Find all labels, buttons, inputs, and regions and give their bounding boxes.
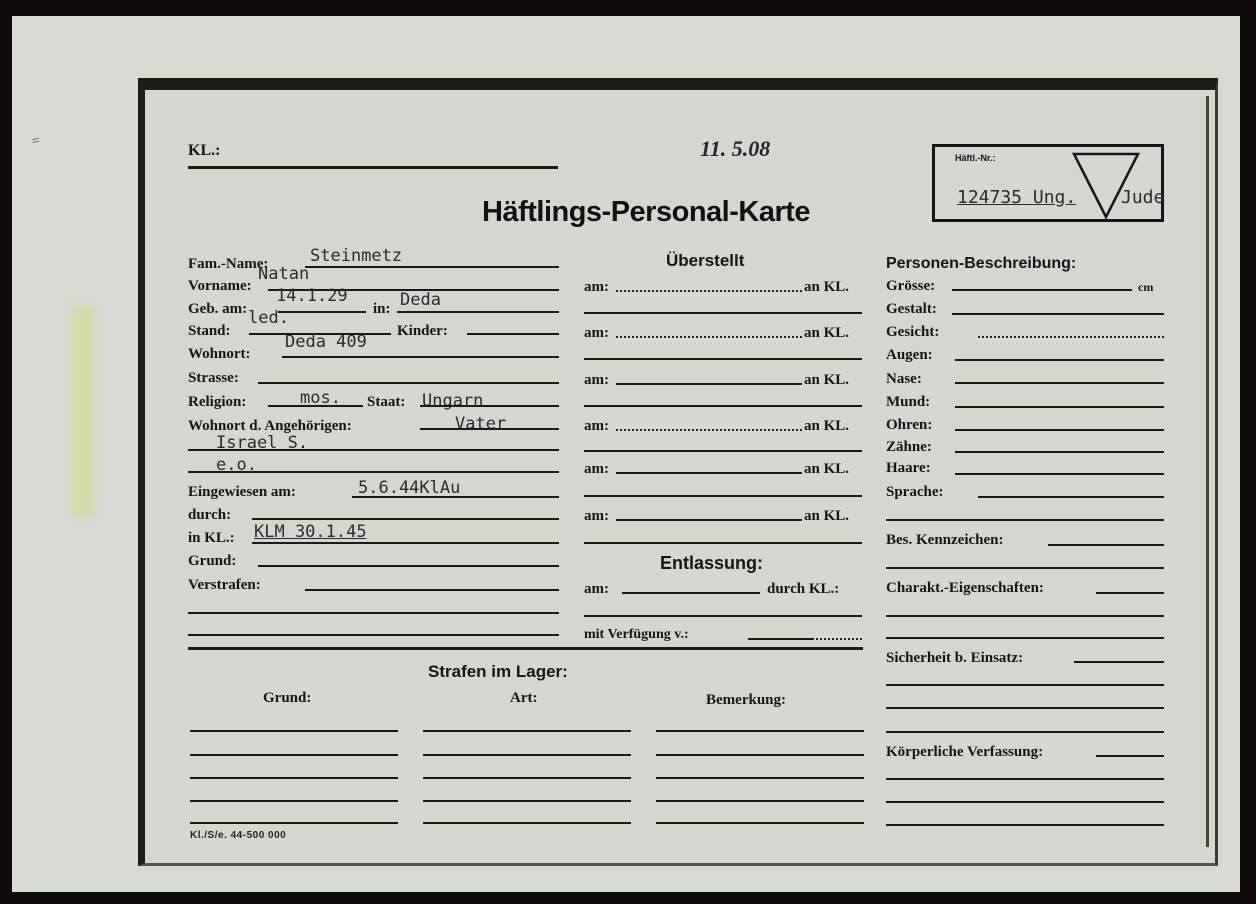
- bemerkung-line: [656, 777, 864, 779]
- field-line: [1074, 661, 1164, 663]
- card-edge: [1206, 96, 1209, 847]
- strafen-bemerkung-header: Bemerkung:: [706, 692, 786, 709]
- art-line: [423, 754, 631, 756]
- am-label: am:: [584, 279, 609, 296]
- eingewiesen-label: Eingewiesen am:: [188, 484, 296, 501]
- field-line: [1048, 544, 1164, 546]
- am-line: [616, 290, 802, 292]
- field-line: [305, 589, 559, 591]
- prisoner-number-box: Häftl.-Nr.: 124735 Ung. Jude: [932, 144, 1164, 222]
- field-line: [886, 519, 1164, 521]
- field-line: [1096, 592, 1164, 594]
- field-line: [420, 428, 559, 430]
- in-kl-value[interactable]: KLM 30.1.45: [254, 522, 367, 542]
- bes-kennzeichen-label: Bes. Kennzeichen:: [886, 532, 1004, 549]
- geb-in-value[interactable]: Deda: [400, 290, 441, 310]
- stand-label: Stand:: [188, 323, 231, 340]
- field-line: [397, 311, 559, 313]
- koerperlich-label: Körperliche Verfassung:: [886, 744, 1043, 761]
- field-line: [952, 313, 1164, 315]
- inverted-triangle-icon: [1071, 151, 1141, 219]
- field-line: [258, 565, 559, 567]
- field-line: [886, 801, 1164, 803]
- field-line: [886, 707, 1164, 709]
- am-label: am:: [584, 418, 609, 435]
- eingewiesen-value[interactable]: 5.6.44KlAu: [358, 478, 460, 498]
- field-line: [584, 312, 862, 314]
- field-line: [952, 289, 1132, 291]
- field-line: [268, 405, 363, 407]
- date-stamp: 11. 5.08: [700, 136, 770, 162]
- field-line: [188, 449, 559, 451]
- grund-label: Grund:: [188, 553, 236, 570]
- field-line: [886, 778, 1164, 780]
- field-line: [886, 684, 1164, 686]
- field-line: [258, 382, 559, 384]
- grund-line: [190, 730, 398, 732]
- staat-value[interactable]: Ungarn: [422, 391, 483, 411]
- art-line: [423, 800, 631, 802]
- prisoner-number: 124735 Ung.: [957, 187, 1076, 208]
- an-kl-label: an KL.: [804, 325, 849, 342]
- am-label: am:: [584, 325, 609, 342]
- sicherheit-label: Sicherheit b. Einsatz:: [886, 650, 1023, 667]
- beschreibung-heading: Personen-Beschreibung:: [886, 255, 1076, 273]
- section-divider: [188, 647, 863, 650]
- field-line: [955, 451, 1164, 453]
- an-kl-label: an KL.: [804, 508, 849, 525]
- card-title: Häftlings-Personal-Karte: [482, 196, 810, 229]
- religion-label: Religion:: [188, 394, 246, 411]
- in-kl-label: in KL.:: [188, 530, 235, 547]
- bemerkung-line: [656, 800, 864, 802]
- art-line: [423, 730, 631, 732]
- field-line: [252, 518, 559, 520]
- strafen-heading: Strafen im Lager:: [428, 662, 568, 682]
- bemerkung-line: [656, 822, 864, 824]
- field-line: [955, 473, 1164, 475]
- field-line: [955, 359, 1164, 361]
- field-line: [812, 638, 862, 640]
- am-label: am:: [584, 372, 609, 389]
- strafen-art-header: Art:: [510, 690, 537, 707]
- field-line: [252, 542, 559, 544]
- groesse-label: Grösse:: [886, 278, 935, 295]
- field-line: [886, 615, 1164, 617]
- field-line: [188, 612, 559, 614]
- am-label: am:: [584, 461, 609, 478]
- highlighter-stain: [72, 306, 94, 516]
- fam-name-label: Fam.-Name:: [188, 256, 268, 273]
- am-line: [616, 472, 802, 474]
- field-line: [282, 356, 559, 358]
- geb-am-value[interactable]: 14.1.29: [276, 286, 348, 306]
- field-line: [584, 358, 862, 360]
- gesicht-label: Gesicht:: [886, 324, 939, 341]
- ohren-label: Ohren:: [886, 417, 932, 434]
- field-line: [305, 266, 559, 268]
- ueberstellt-heading: Überstellt: [666, 251, 744, 271]
- field-line: [955, 382, 1164, 384]
- field-line: [584, 405, 862, 407]
- art-line: [423, 822, 631, 824]
- nationality-value: Ung.: [1033, 187, 1076, 208]
- field-line: [467, 333, 559, 335]
- wohnort-value[interactable]: Deda 409: [285, 332, 367, 352]
- field-line: [886, 637, 1164, 639]
- field-line: [584, 542, 862, 544]
- durch-kl-label: durch KL.:: [767, 581, 839, 598]
- geb-in-label: in:: [373, 301, 391, 318]
- strasse-label: Strasse:: [188, 370, 239, 387]
- field-line: [278, 311, 366, 313]
- am-line: [616, 519, 802, 521]
- field-line: [188, 634, 559, 636]
- field-line: [955, 406, 1164, 408]
- field-line: [748, 638, 812, 640]
- bemerkung-line: [656, 730, 864, 732]
- field-line: [352, 496, 559, 498]
- entlassung-heading: Entlassung:: [660, 553, 763, 574]
- an-kl-label: an KL.: [804, 372, 849, 389]
- cm-unit: cm: [1138, 280, 1153, 295]
- am-line: [616, 429, 802, 431]
- kl-label: KL.:: [188, 142, 220, 160]
- prisoner-number-label: Häftl.-Nr.:: [955, 153, 996, 163]
- grund-line: [190, 822, 398, 824]
- an-kl-label: an KL.: [804, 461, 849, 478]
- haare-label: Haare:: [886, 460, 931, 477]
- verstrafen-label: Verstrafen:: [188, 577, 261, 594]
- am-label: am:: [584, 508, 609, 525]
- field-line: [584, 615, 862, 617]
- vorname-value[interactable]: Natan: [258, 264, 309, 284]
- mund-label: Mund:: [886, 394, 930, 411]
- kinder-label: Kinder:: [397, 323, 448, 340]
- grund-line: [190, 800, 398, 802]
- fam-name-value[interactable]: Steinmetz: [310, 246, 402, 266]
- an-kl-label: an KL.: [804, 279, 849, 296]
- augen-label: Augen:: [886, 347, 933, 364]
- wohnort-label: Wohnort:: [188, 346, 251, 363]
- bemerkung-line: [656, 754, 864, 756]
- kl-line: [188, 166, 558, 169]
- prisoner-number-value: 124735: [957, 187, 1022, 208]
- stand-value[interactable]: led.: [248, 308, 289, 328]
- angehoerige-value[interactable]: Vater: [455, 414, 506, 434]
- field-line: [420, 405, 559, 407]
- durch-label: durch:: [188, 507, 231, 524]
- charakt-label: Charakt.-Eigenschaften:: [886, 580, 1044, 597]
- sprache-label: Sprache:: [886, 484, 944, 501]
- field-line: [978, 496, 1164, 498]
- strafen-grund-header: Grund:: [263, 690, 311, 707]
- art-line: [423, 777, 631, 779]
- field-line: [886, 824, 1164, 826]
- field-line: [978, 336, 1164, 338]
- staat-label: Staat:: [367, 394, 405, 411]
- field-line: [955, 429, 1164, 431]
- field-line: [584, 495, 862, 497]
- field-line: [1096, 755, 1164, 757]
- entlassung-am-label: am:: [584, 581, 609, 598]
- am-line: [616, 336, 802, 338]
- print-code: Kl./S/e. 44-500 000: [190, 830, 286, 841]
- verfuegung-label: mit Verfügung v.:: [584, 627, 689, 643]
- zaehne-label: Zähne:: [886, 439, 932, 456]
- an-kl-label: an KL.: [804, 418, 849, 435]
- gestalt-label: Gestalt:: [886, 301, 937, 318]
- field-line: [886, 567, 1164, 569]
- pencil-mark: =: [31, 133, 42, 150]
- geb-am-label: Geb. am:: [188, 301, 247, 318]
- field-line: [886, 731, 1164, 733]
- vorname-label: Vorname:: [188, 278, 252, 295]
- am-line: [616, 383, 802, 385]
- field-line: [188, 471, 559, 473]
- grund-line: [190, 777, 398, 779]
- grund-line: [190, 754, 398, 756]
- nase-label: Nase:: [886, 371, 922, 388]
- field-line: [622, 592, 760, 594]
- field-line: [584, 450, 862, 452]
